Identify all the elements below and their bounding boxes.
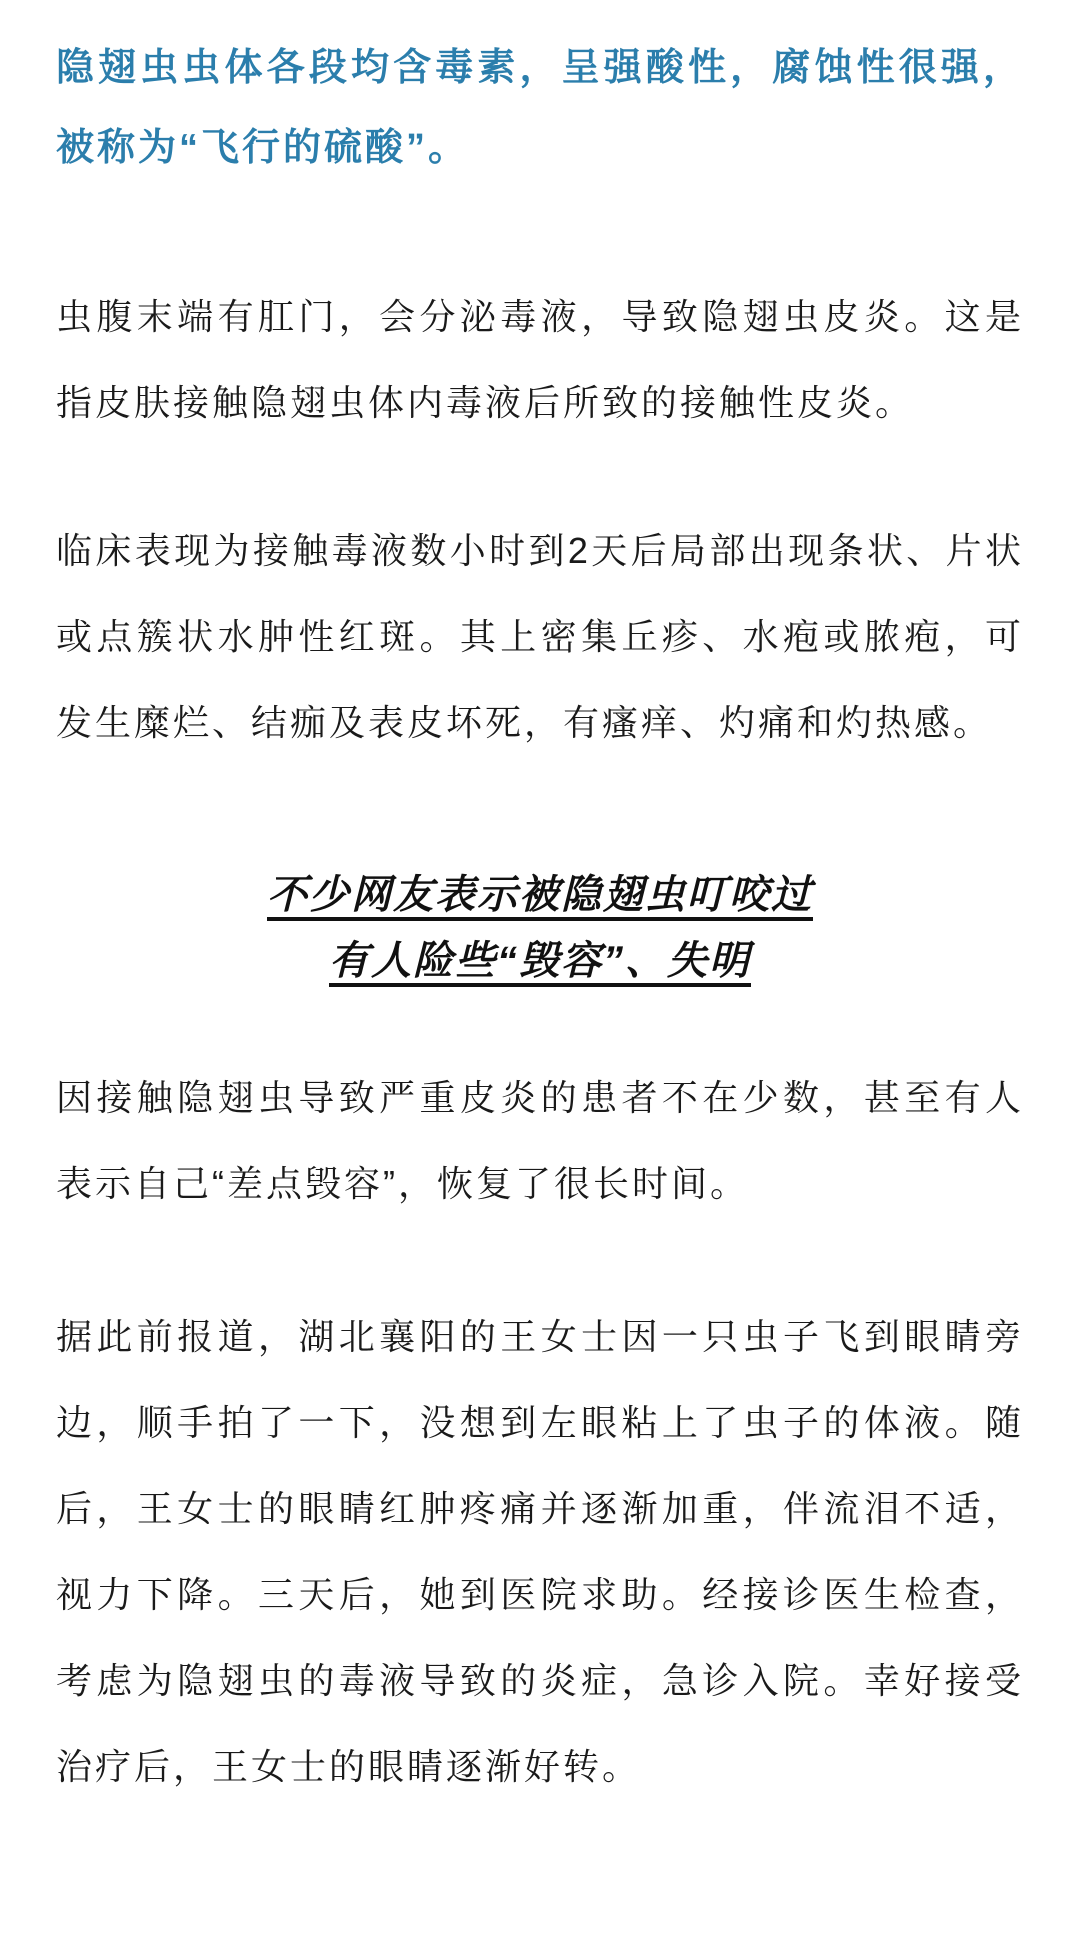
lead-paragraph: 隐翅虫虫体各段均含毒素，呈强酸性，腐蚀性很强，被称为“飞行的硫酸”。 bbox=[56, 28, 1024, 188]
body-paragraph-1: 虫腹末端有肛门，会分泌毒液，导致隐翅虫皮炎。这是指皮肤接触隐翅虫体内毒液后所致的… bbox=[56, 274, 1024, 446]
subheading-line-2-text: 有人险些“毁容”、失明 bbox=[329, 939, 751, 983]
body-paragraph-4: 据此前报道，湖北襄阳的王女士因一只虫子飞到眼睛旁边，顺手拍了一下，没想到左眼粘上… bbox=[56, 1294, 1024, 1810]
article-page: 隐翅虫虫体各段均含毒素，呈强酸性，腐蚀性很强，被称为“飞行的硫酸”。 虫腹末端有… bbox=[0, 0, 1080, 1938]
subheading-line-2: 有人险些“毁容”、失明 bbox=[56, 928, 1024, 994]
subheading-line-1-text: 不少网友表示被隐翅虫叮咬过 bbox=[267, 873, 813, 917]
subheading-line-1: 不少网友表示被隐翅虫叮咬过 bbox=[56, 862, 1024, 928]
body-paragraph-3: 因接触隐翅虫导致严重皮炎的患者不在少数，甚至有人表示自己“差点毁容”，恢复了很长… bbox=[56, 1055, 1024, 1227]
body-paragraph-2: 临床表现为接触毒液数小时到2天后局部出现条状、片状或点簇状水肿性红斑。其上密集丘… bbox=[56, 508, 1024, 766]
section-subheading: 不少网友表示被隐翅虫叮咬过 有人险些“毁容”、失明 bbox=[56, 862, 1024, 994]
